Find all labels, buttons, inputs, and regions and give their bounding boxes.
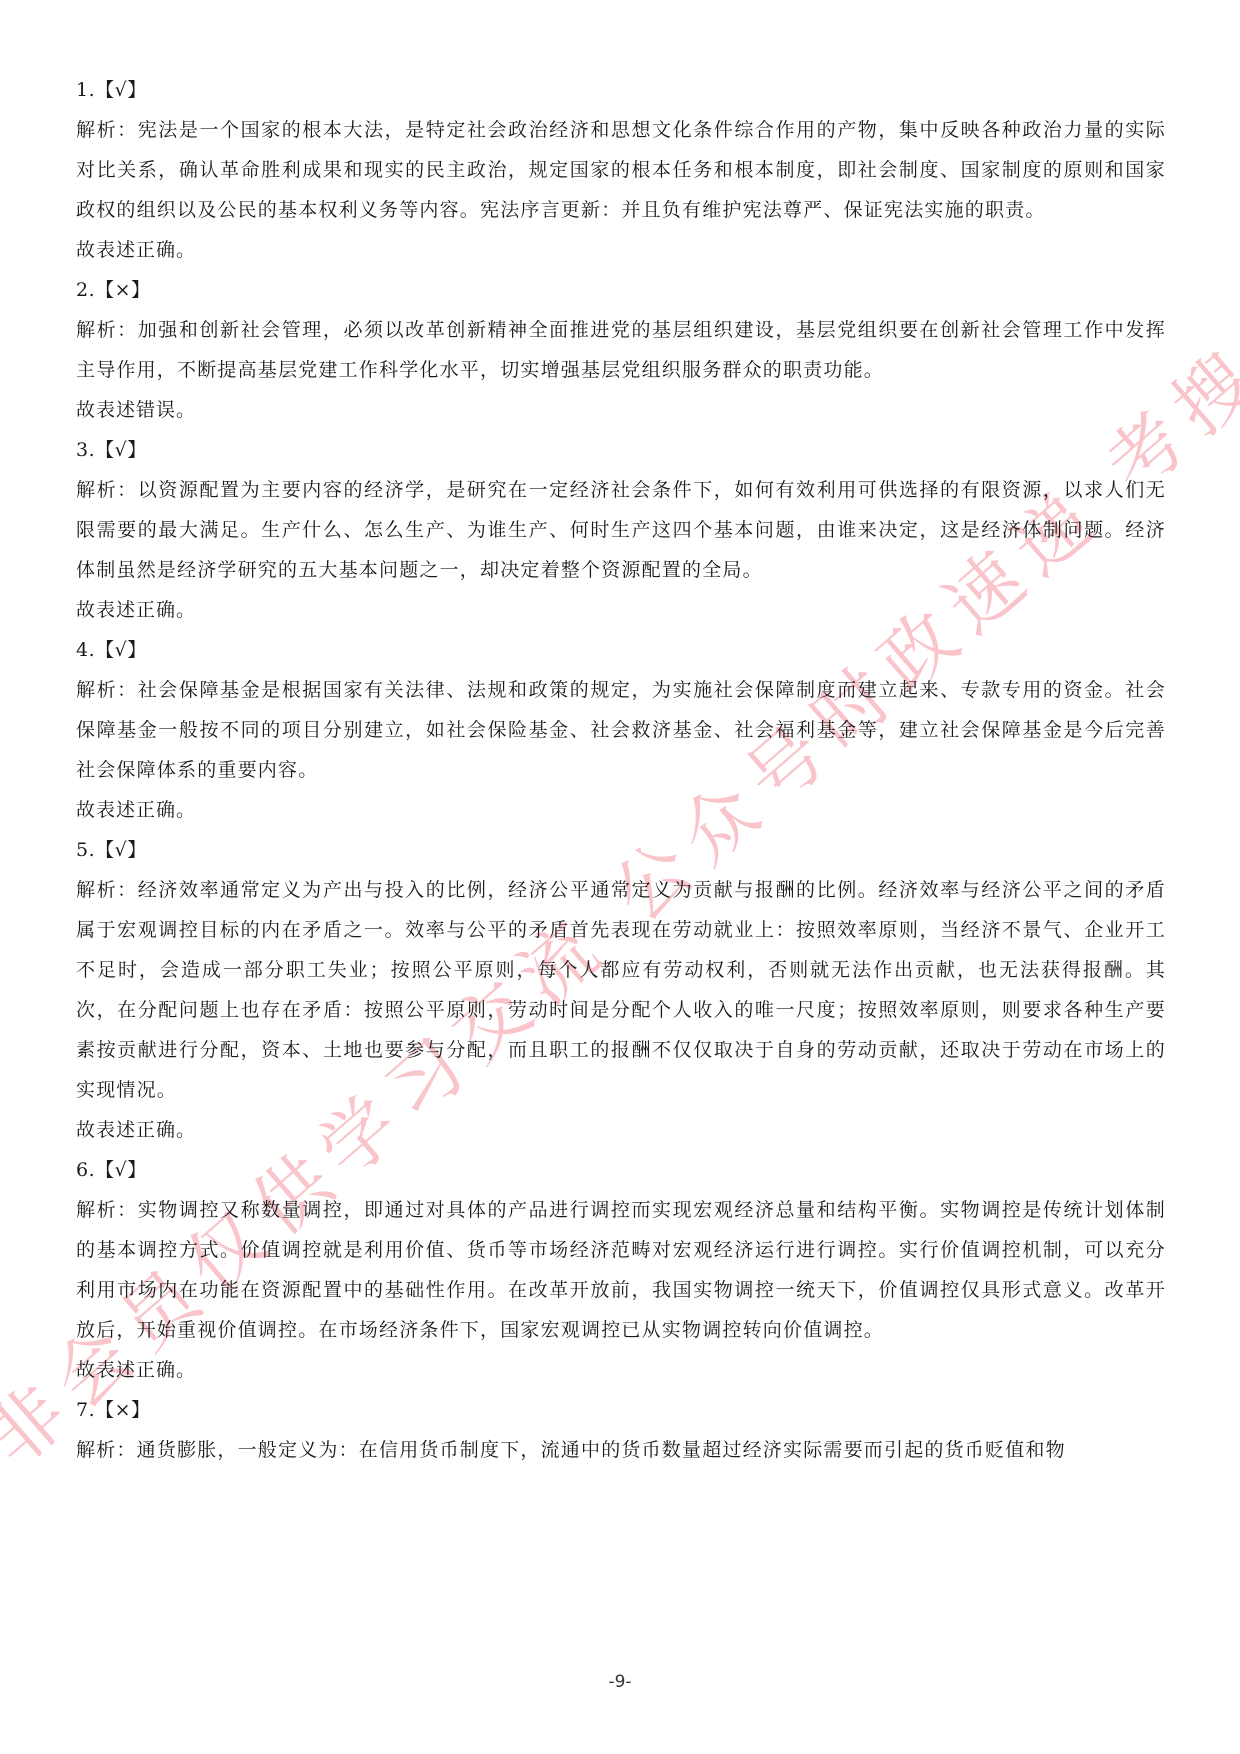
item-analysis: 解析：经济效率通常定义为产出与投入的比例，经济公平通常定义为贡献与报酬的比例。经… bbox=[76, 870, 1166, 1110]
item-analysis: 解析：加强和创新社会管理，必须以改革创新精神全面推进党的基层组织建设，基层党组织… bbox=[76, 310, 1166, 390]
item-conclusion: 故表述正确。 bbox=[76, 230, 1166, 270]
answer-item-5: 5.【√】 解析：经济效率通常定义为产出与投入的比例，经济公平通常定义为贡献与报… bbox=[76, 830, 1166, 1150]
item-conclusion: 故表述正确。 bbox=[76, 1350, 1166, 1390]
item-conclusion: 故表述正确。 bbox=[76, 1110, 1166, 1150]
item-heading: 6.【√】 bbox=[76, 1150, 1166, 1190]
answer-item-3: 3.【√】 解析：以资源配置为主要内容的经济学，是研究在一定经济社会条件下，如何… bbox=[76, 430, 1166, 630]
document-page: 非会员仅供学习交流 公众号时政速递 考搜集于网络 1.【√】 解析：宪法是一个国… bbox=[0, 0, 1240, 1754]
item-heading: 7.【×】 bbox=[76, 1390, 1166, 1430]
item-conclusion: 故表述正确。 bbox=[76, 590, 1166, 630]
answer-list: 1.【√】 解析：宪法是一个国家的根本大法，是特定社会政治经济和思想文化条件综合… bbox=[76, 70, 1166, 1470]
item-heading: 3.【√】 bbox=[76, 430, 1166, 470]
item-analysis: 解析：以资源配置为主要内容的经济学，是研究在一定经济社会条件下，如何有效利用可供… bbox=[76, 470, 1166, 590]
answer-item-2: 2.【×】 解析：加强和创新社会管理，必须以改革创新精神全面推进党的基层组织建设… bbox=[76, 270, 1166, 430]
item-analysis: 解析：宪法是一个国家的根本大法，是特定社会政治经济和思想文化条件综合作用的产物，… bbox=[76, 110, 1166, 230]
answer-item-1: 1.【√】 解析：宪法是一个国家的根本大法，是特定社会政治经济和思想文化条件综合… bbox=[76, 70, 1166, 270]
item-analysis: 解析：实物调控又称数量调控，即通过对具体的产品进行调控而实现宏观经济总量和结构平… bbox=[76, 1190, 1166, 1350]
page-number: -9- bbox=[0, 1672, 1240, 1692]
item-analysis: 解析：通货膨胀，一般定义为：在信用货币制度下，流通中的货币数量超过经济实际需要而… bbox=[76, 1430, 1166, 1470]
item-heading: 4.【√】 bbox=[76, 630, 1166, 670]
answer-item-4: 4.【√】 解析：社会保障基金是根据国家有关法律、法规和政策的规定，为实施社会保… bbox=[76, 630, 1166, 830]
item-heading: 2.【×】 bbox=[76, 270, 1166, 310]
answer-item-7: 7.【×】 解析：通货膨胀，一般定义为：在信用货币制度下，流通中的货币数量超过经… bbox=[76, 1390, 1166, 1470]
answer-item-6: 6.【√】 解析：实物调控又称数量调控，即通过对具体的产品进行调控而实现宏观经济… bbox=[76, 1150, 1166, 1390]
item-analysis: 解析：社会保障基金是根据国家有关法律、法规和政策的规定，为实施社会保障制度而建立… bbox=[76, 670, 1166, 790]
item-conclusion: 故表述正确。 bbox=[76, 790, 1166, 830]
item-heading: 5.【√】 bbox=[76, 830, 1166, 870]
item-conclusion: 故表述错误。 bbox=[76, 390, 1166, 430]
item-heading: 1.【√】 bbox=[76, 70, 1166, 110]
